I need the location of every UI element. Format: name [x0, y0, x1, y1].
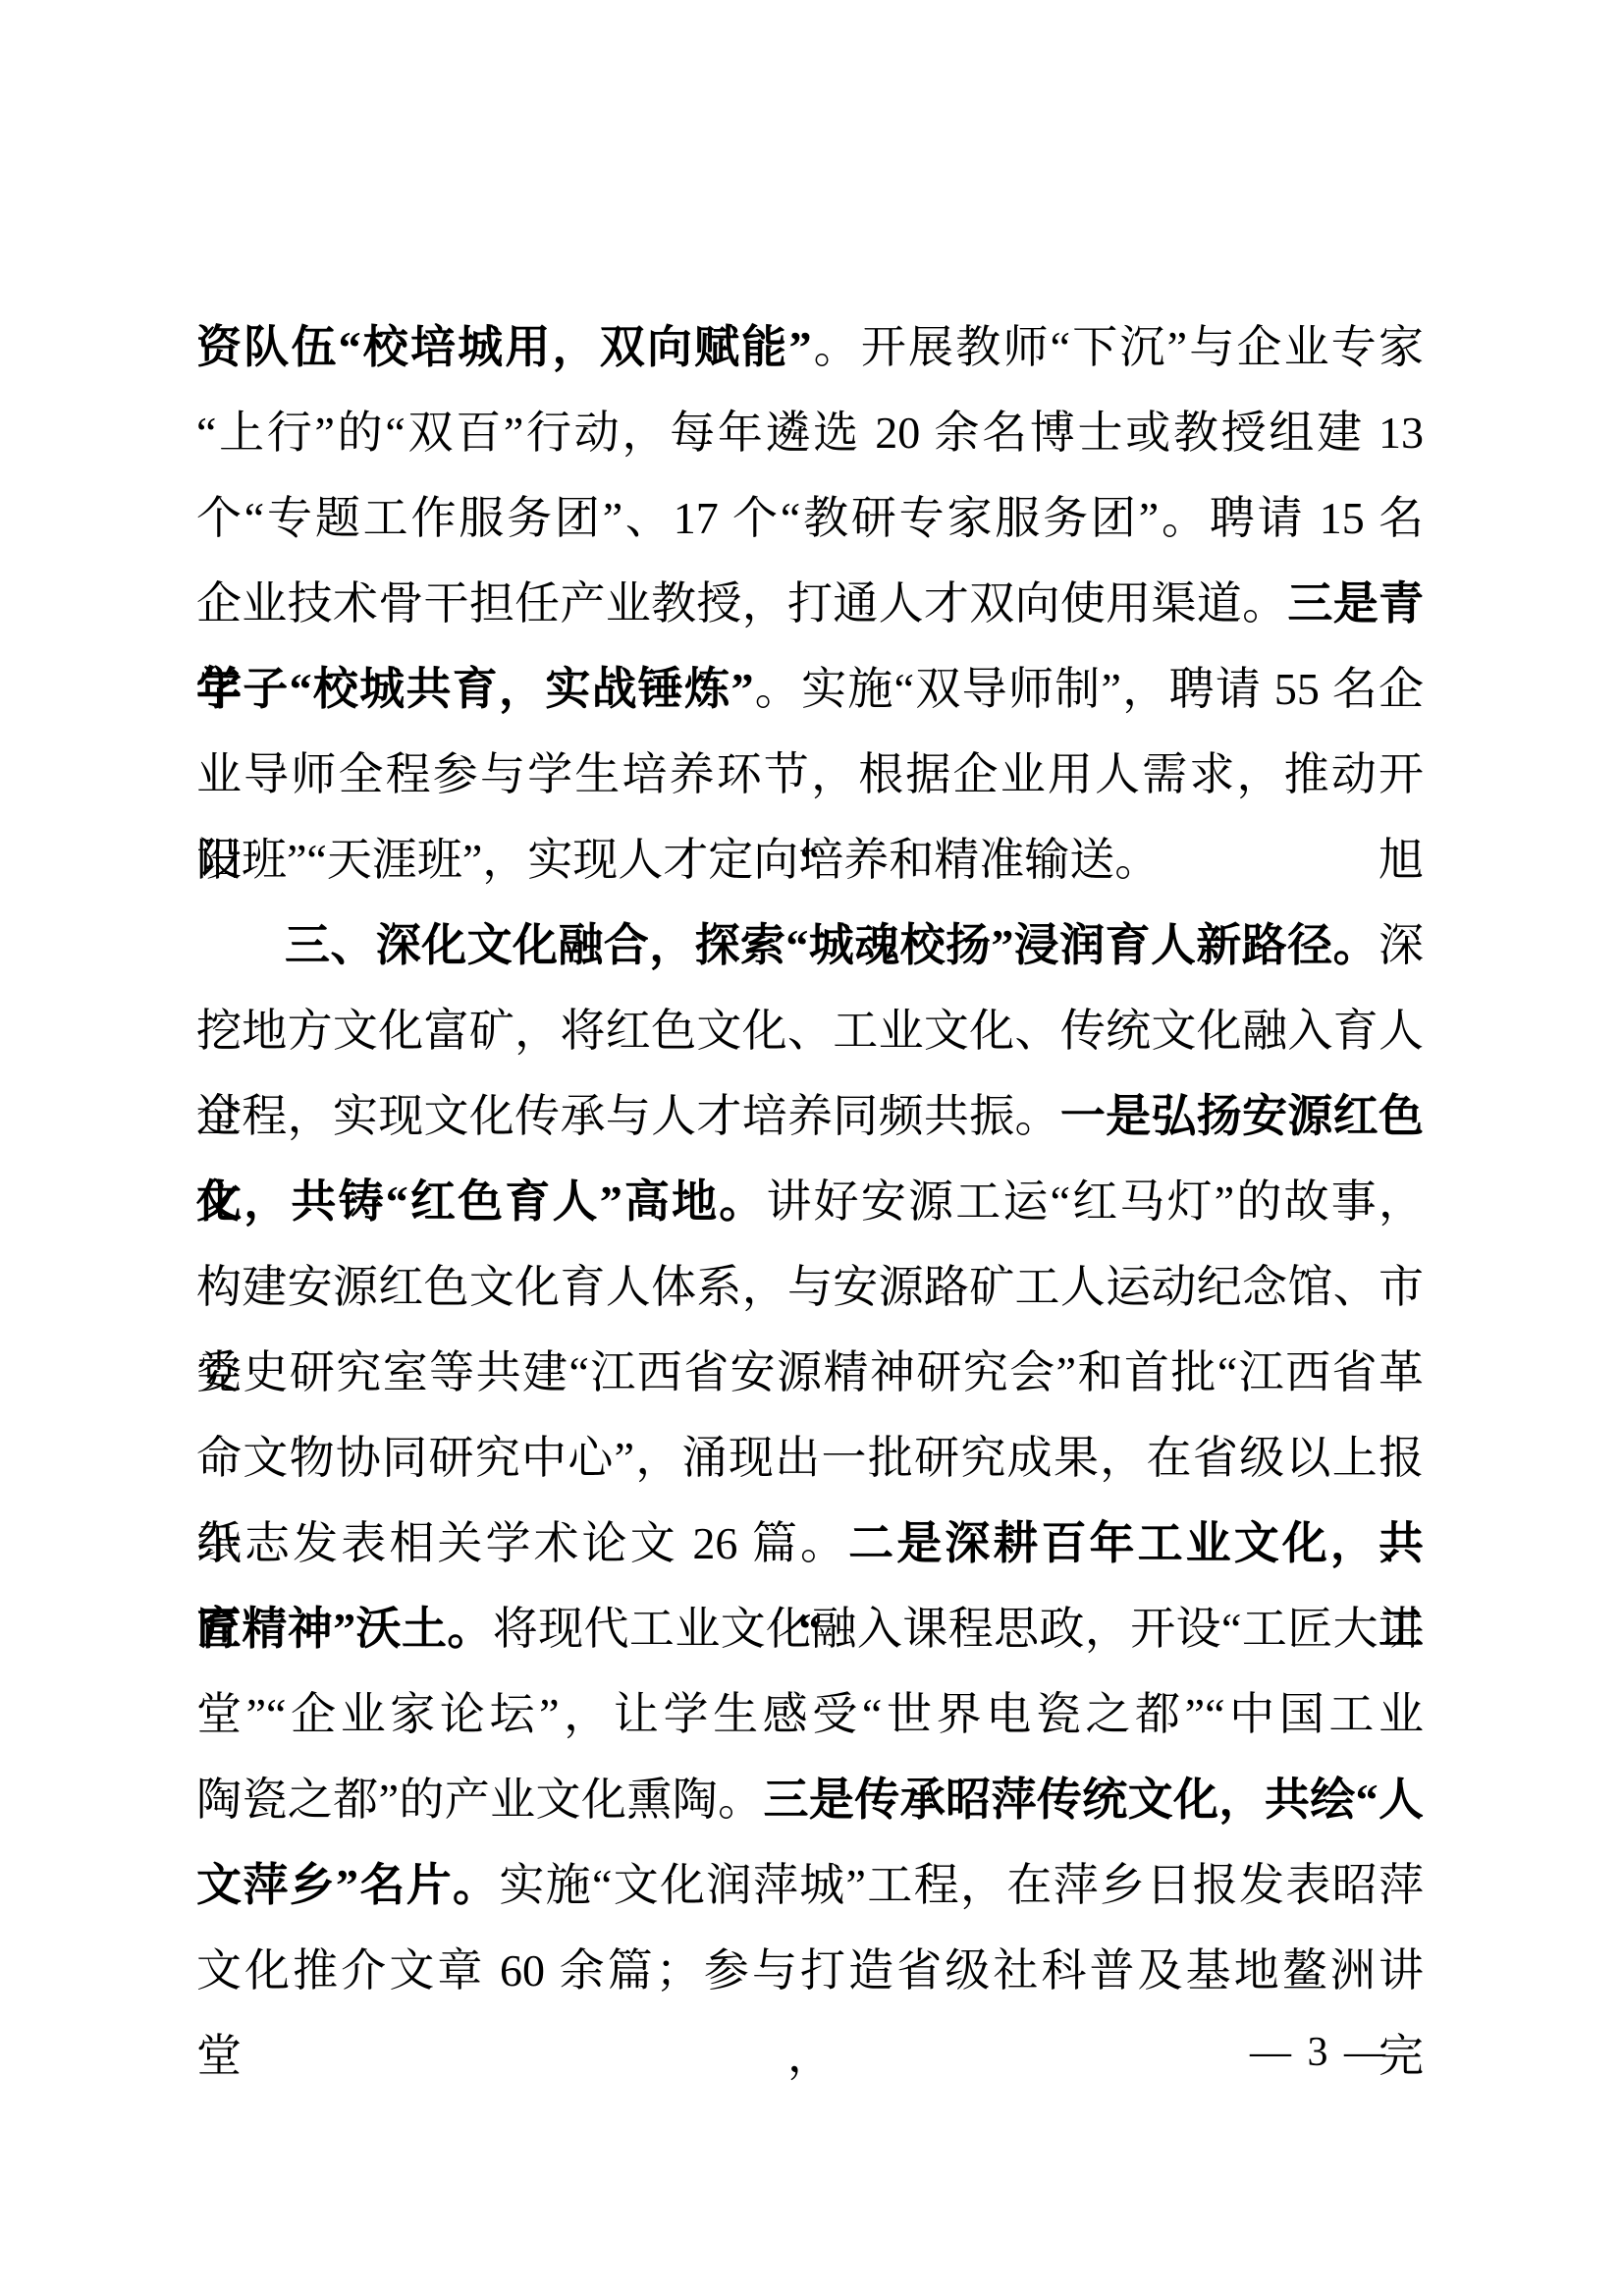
text-line: 企业技术骨干担任产业教授，打通人才双向使用渠道。三是青年 — [196, 561, 1424, 646]
text-line: 构建安源红色文化育人体系，与安源路矿工人运动纪念馆、市委 — [196, 1244, 1424, 1330]
text-run: 党史研究室等共建“江西省安源精神研究会”和首批“江西省革 — [196, 1347, 1424, 1397]
text-line: 三、深化文化融合，探索“城魂校扬”浸润育人新路径。深 — [196, 902, 1424, 988]
text-run: “上行”的“双百”行动，每年遴选 20 余名博士或教授组建 13 — [196, 408, 1424, 458]
document-page: 资队伍“校培城用，双向赋能”。开展教师“下沉”与企业专家“上行”的“双百”行动，… — [0, 0, 1622, 2296]
text-run: 个“专题工作服务团”、17 个“教研专家服务团”。聘请 15 名 — [196, 493, 1424, 543]
bold-text-run: 资队伍“校培城用，双向赋能” — [196, 322, 811, 372]
bold-text-run: 三是传承昭萍传统文化，共绘“人 — [764, 1775, 1425, 1825]
text-line: 杂志发表相关学术论文 26 篇。二是深耕百年工业文化，共育“工 — [196, 1501, 1424, 1586]
document-body: 资队伍“校培城用，双向赋能”。开展教师“下沉”与企业专家“上行”的“双百”行动，… — [196, 304, 1424, 2013]
text-run: 深 — [1379, 920, 1424, 970]
text-line: 命文物协同研究中心”，涌现出一批研究成果，在省级以上报纸、 — [196, 1415, 1424, 1501]
text-line: 文萍乡”名片。实施“文化润萍城”工程，在萍乡日报发表昭萍 — [196, 1842, 1424, 1928]
bold-text-run: 三、深化文化融合，探索“城魂校扬”浸润育人新路径。 — [285, 920, 1379, 970]
page-number: — 3 — — [1250, 2029, 1388, 2076]
bold-text-run: 文萍乡”名片。 — [196, 1860, 499, 1910]
text-run: 。实施“双导师制”，聘请 55 名企 — [754, 664, 1425, 714]
text-run: 实施“文化润萍城”工程，在萍乡日报发表昭萍 — [499, 1860, 1424, 1910]
text-run: 杂志发表相关学术论文 26 篇。 — [196, 1518, 848, 1568]
text-line: 挖地方文化富矿，将红色文化、工业文化、传统文化融入育人全 — [196, 988, 1424, 1073]
text-line: 个“专题工作服务团”、17 个“教研专家服务团”。聘请 15 名 — [196, 475, 1424, 561]
text-line: 资队伍“校培城用，双向赋能”。开展教师“下沉”与企业专家 — [196, 304, 1424, 390]
text-run: 。开展教师“下沉”与企业专家 — [811, 322, 1424, 372]
text-line: 过程，实现文化传承与人才培养同频共振。一是弘扬安源红色文 — [196, 1073, 1424, 1159]
text-run: 讲好安源工运“红马灯”的故事， — [766, 1176, 1424, 1227]
bold-text-run: 匠精神”沃土。 — [196, 1604, 493, 1654]
text-line: 业导师全程参与学生培养环节，根据企业用人需求，推动开设“旭 — [196, 732, 1424, 817]
bold-text-run: 学子“校城共育，实战锤炼” — [196, 664, 754, 714]
text-line: 匠精神”沃土。将现代工业文化融入课程思政，开设“工匠大讲 — [196, 1586, 1424, 1671]
text-line: 化，共铸“红色育人”高地。讲好安源工运“红马灯”的故事， — [196, 1159, 1424, 1244]
text-line: “上行”的“双百”行动，每年遴选 20 余名博士或教授组建 13 — [196, 390, 1424, 475]
text-run: 将现代工业文化融入课程思政，开设“工匠大讲 — [493, 1604, 1424, 1654]
text-line: 文化推介文章 60 余篇；参与打造省级社科普及基地鳌洲讲堂，完 — [196, 1928, 1424, 2013]
text-line: 堂”“企业家论坛”，让学生感受“世界电瓷之都”“中国工业 — [196, 1671, 1424, 1757]
text-line: 陶瓷之都”的产业文化熏陶。三是传承昭萍传统文化，共绘“人 — [196, 1757, 1424, 1842]
text-run: 企业技术骨干担任产业教授，打通人才双向使用渠道。 — [196, 578, 1287, 629]
text-run: 阳班”“天涯班”，实现人才定向培养和精准输送。 — [196, 835, 1160, 885]
bold-text-run: 化，共铸“红色育人”高地。 — [196, 1176, 766, 1227]
text-run: 堂”“企业家论坛”，让学生感受“世界电瓷之都”“中国工业 — [196, 1689, 1424, 1739]
text-line: 学子“校城共育，实战锤炼”。实施“双导师制”，聘请 55 名企 — [196, 646, 1424, 732]
text-run: 过程，实现文化传承与人才培养同频共振。 — [196, 1091, 1060, 1141]
text-run: 文化推介文章 60 余篇；参与打造省级社科普及基地鳌洲讲堂，完 — [196, 1945, 1424, 2081]
text-line: 党史研究室等共建“江西省安源精神研究会”和首批“江西省革 — [196, 1330, 1424, 1415]
text-run: 陶瓷之都”的产业文化熏陶。 — [196, 1775, 764, 1825]
